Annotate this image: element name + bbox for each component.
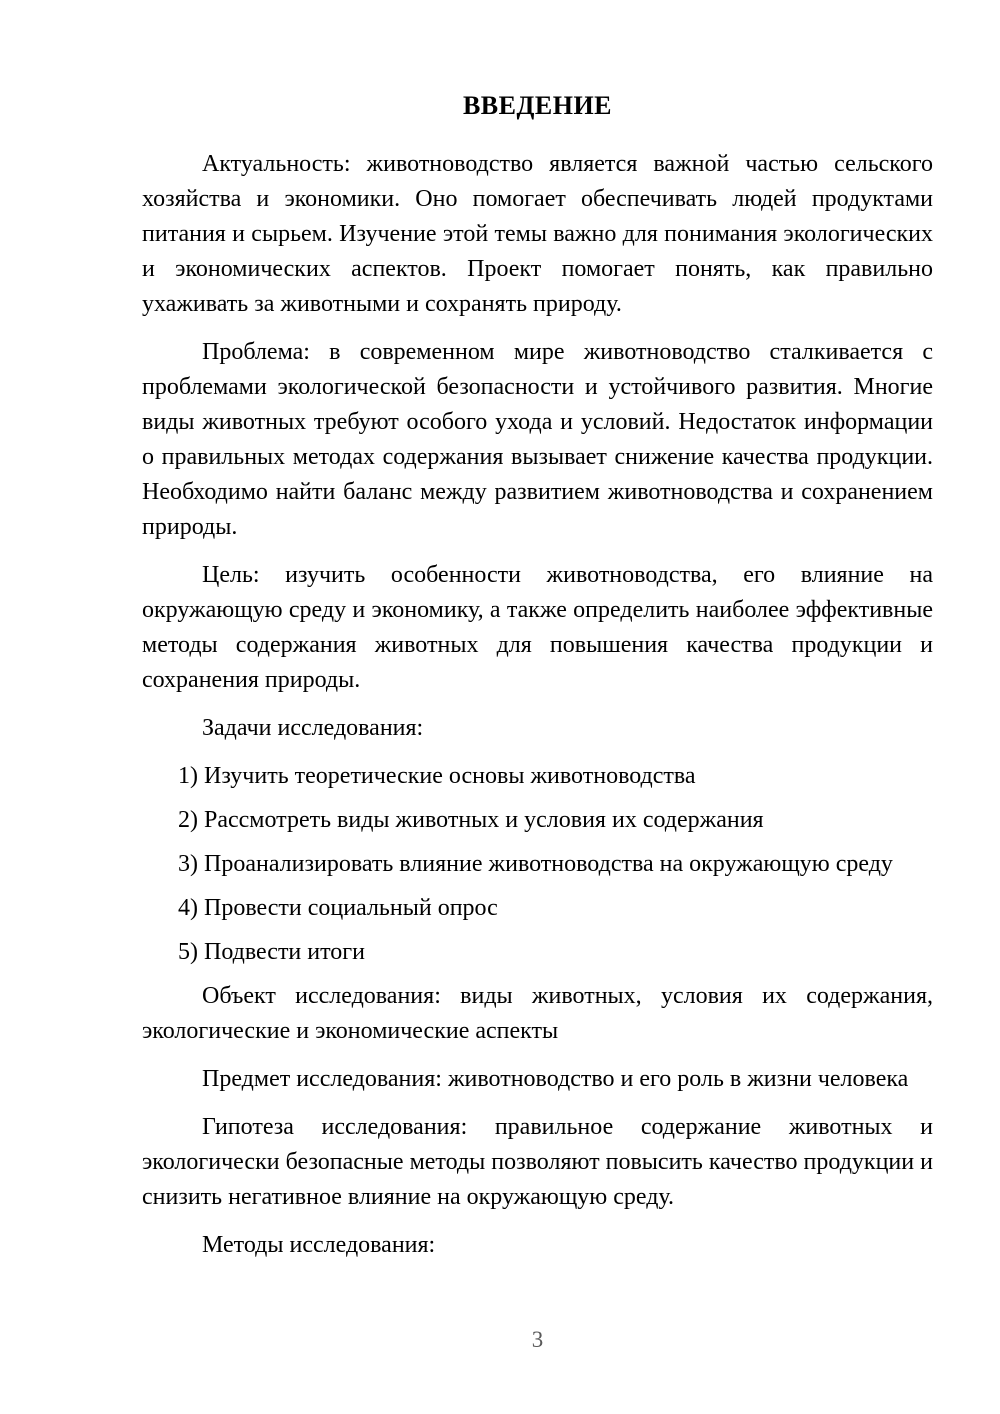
paragraph-hypothesis: Гипотеза исследования: правильное содерж… [142,1110,933,1215]
paragraph-relevance: Актуальность: животноводство является ва… [142,147,933,322]
paragraph-problem: Проблема: в современном мире животноводс… [142,335,933,545]
paragraph-goal: Цель: изучить особенности животноводства… [142,558,933,698]
page-content: ВВЕДЕНИЕ Актуальность: животноводство яв… [142,88,933,1276]
task-item-4: 4) Провести социальный опрос [142,891,933,926]
task-item-1: 1) Изучить теоретические основы животнов… [142,759,933,794]
document-page: ВВЕДЕНИЕ Актуальность: животноводство яв… [0,0,1000,1414]
page-number: 3 [142,1326,933,1354]
methods-heading: Методы исследования: [142,1228,933,1263]
paragraph-object: Объект исследования: виды животных, усло… [142,979,933,1049]
tasks-list: 1) Изучить теоретические основы животнов… [142,759,933,970]
task-item-2: 2) Рассмотреть виды животных и условия и… [142,803,933,838]
page-title: ВВЕДЕНИЕ [142,88,933,123]
task-item-5: 5) Подвести итоги [142,935,933,970]
task-item-3: 3) Проанализировать влияние животноводст… [142,847,933,882]
paragraph-subject: Предмет исследования: животноводство и е… [142,1062,933,1097]
tasks-heading: Задачи исследования: [142,711,933,746]
